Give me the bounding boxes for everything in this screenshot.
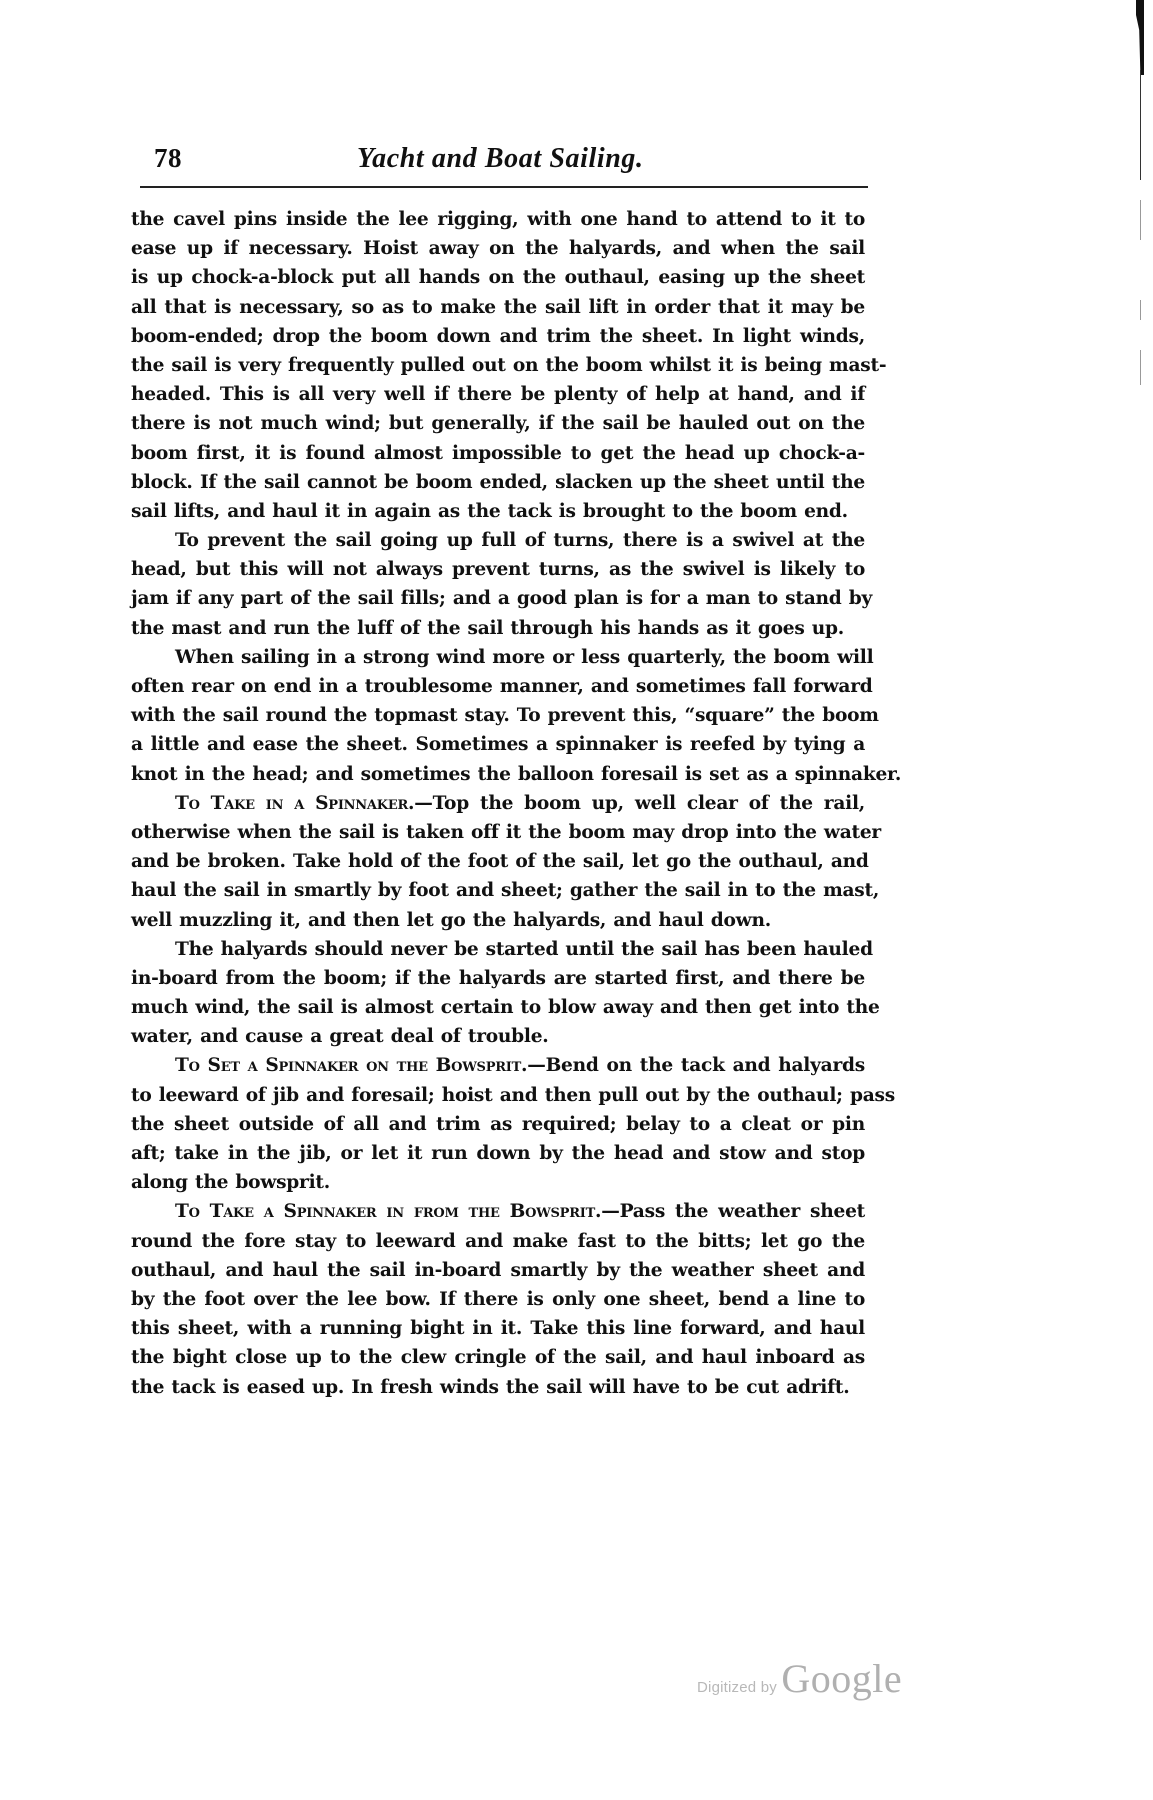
paragraph: the cavel pins inside the lee rigging, w… [131, 205, 865, 526]
text-line: to leeward of jib and foresail; hoist an… [131, 1081, 865, 1110]
section-heading: To Take in a Spinnaker. [175, 793, 414, 814]
section-heading: To Take a Spinnaker in from the Bowsprit… [175, 1201, 601, 1222]
text-line: often rear on end in a troublesome manne… [131, 672, 865, 701]
scan-edge-dash [1140, 200, 1141, 240]
section-heading: To Set a Spinnaker on the Bowsprit. [175, 1055, 527, 1076]
text-line: boom first, it is found almost impossibl… [131, 439, 865, 468]
text-line: this sheet, with a running bight in it. … [131, 1314, 865, 1343]
text-line: head, but this will not always prevent t… [131, 555, 865, 584]
text-line: To Set a Spinnaker on the Bowsprit.—Bend… [131, 1051, 865, 1080]
text-line: sail lifts, and haul it in again as the … [131, 497, 865, 526]
text-line: boom-ended; drop the boom down and trim … [131, 322, 865, 351]
text-line: the sail is very frequently pulled out o… [131, 351, 865, 380]
google-logo-text: Google [781, 1656, 902, 1701]
scan-edge-dash [1140, 350, 1141, 385]
text-line: block. If the sail cannot be boom ended,… [131, 468, 865, 497]
text-line: When sailing in a strong wind more or le… [131, 643, 865, 672]
body-text: the cavel pins inside the lee rigging, w… [131, 205, 865, 1402]
text-run: —Top the boom up, well clear of the rail… [414, 793, 865, 814]
text-line: otherwise when the sail is taken off it … [131, 818, 865, 847]
digitized-watermark: Digitized by Google [697, 1655, 902, 1702]
text-line: outhaul, and haul the sail in-board smar… [131, 1256, 865, 1285]
text-line: To prevent the sail going up full of tur… [131, 526, 865, 555]
watermark-prefix: Digitized by [697, 1679, 777, 1696]
text-line: a little and ease the sheet. Sometimes a… [131, 730, 865, 759]
text-line: the cavel pins inside the lee rigging, w… [131, 205, 865, 234]
text-line: there is not much wind; but generally, i… [131, 409, 865, 438]
text-line: headed. This is all very well if there b… [131, 380, 865, 409]
text-line: aft; take in the jib, or let it run down… [131, 1139, 865, 1168]
text-line: The halyards should never be started unt… [131, 935, 865, 964]
paragraph-take-in-spinnaker: To Take in a Spinnaker.—Top the boom up,… [131, 789, 865, 935]
paragraph: When sailing in a strong wind more or le… [131, 643, 865, 789]
text-line: well muzzling it, and then let go the ha… [131, 906, 865, 935]
text-line: haul the sail in smartly by foot and she… [131, 876, 865, 905]
text-line: the bight close up to the clew cringle o… [131, 1343, 865, 1372]
scan-edge-dash [1140, 300, 1141, 320]
text-line: round the fore stay to leeward and make … [131, 1227, 865, 1256]
running-head: 78 Yacht and Boat Sailing. [132, 143, 862, 183]
text-line: much wind, the sail is almost certain to… [131, 993, 865, 1022]
text-line: To Take a Spinnaker in from the Bowsprit… [131, 1197, 865, 1226]
text-line: the mast and run the luff of the sail th… [131, 614, 865, 643]
paragraph-set-spinnaker-bowsprit: To Set a Spinnaker on the Bowsprit.—Bend… [131, 1051, 865, 1197]
text-line: in-board from the boom; if the halyards … [131, 964, 865, 993]
book-page: 78 Yacht and Boat Sailing. the cavel pin… [0, 0, 1153, 1800]
text-line: To Take in a Spinnaker.—Top the boom up,… [131, 789, 865, 818]
text-line: jam if any part of the sail fills; and a… [131, 584, 865, 613]
text-line: by the foot over the lee bow. If there i… [131, 1285, 865, 1314]
text-line: the sheet outside of all and trim as req… [131, 1110, 865, 1139]
text-line: knot in the head; and sometimes the ball… [131, 760, 865, 789]
paragraph-take-spinnaker-from-bowsprit: To Take a Spinnaker in from the Bowsprit… [131, 1197, 865, 1401]
text-line: all that is necessary, so as to make the… [131, 293, 865, 322]
text-line: is up chock-a-block put all hands on the… [131, 263, 865, 292]
text-line: water, and cause a great deal of trouble… [131, 1022, 865, 1051]
scan-edge-artifact [1136, 0, 1144, 75]
header-rule [140, 186, 868, 188]
text-line: ease up if necessary. Hoist away on the … [131, 234, 865, 263]
page-number: 78 [154, 143, 182, 174]
text-run: —Pass the weather sheet [601, 1201, 865, 1222]
text-line: with the sail round the topmast stay. To… [131, 701, 865, 730]
scan-edge-line [1140, 70, 1141, 180]
text-line: the tack is eased up. In fresh winds the… [131, 1373, 865, 1402]
text-line: along the bowsprit. [131, 1168, 865, 1197]
paragraph: The halyards should never be started unt… [131, 935, 865, 1052]
running-title: Yacht and Boat Sailing. [357, 143, 644, 175]
text-line: and be broken. Take hold of the foot of … [131, 847, 865, 876]
text-run: —Bend on the tack and halyards [527, 1055, 865, 1076]
paragraph: To prevent the sail going up full of tur… [131, 526, 865, 643]
